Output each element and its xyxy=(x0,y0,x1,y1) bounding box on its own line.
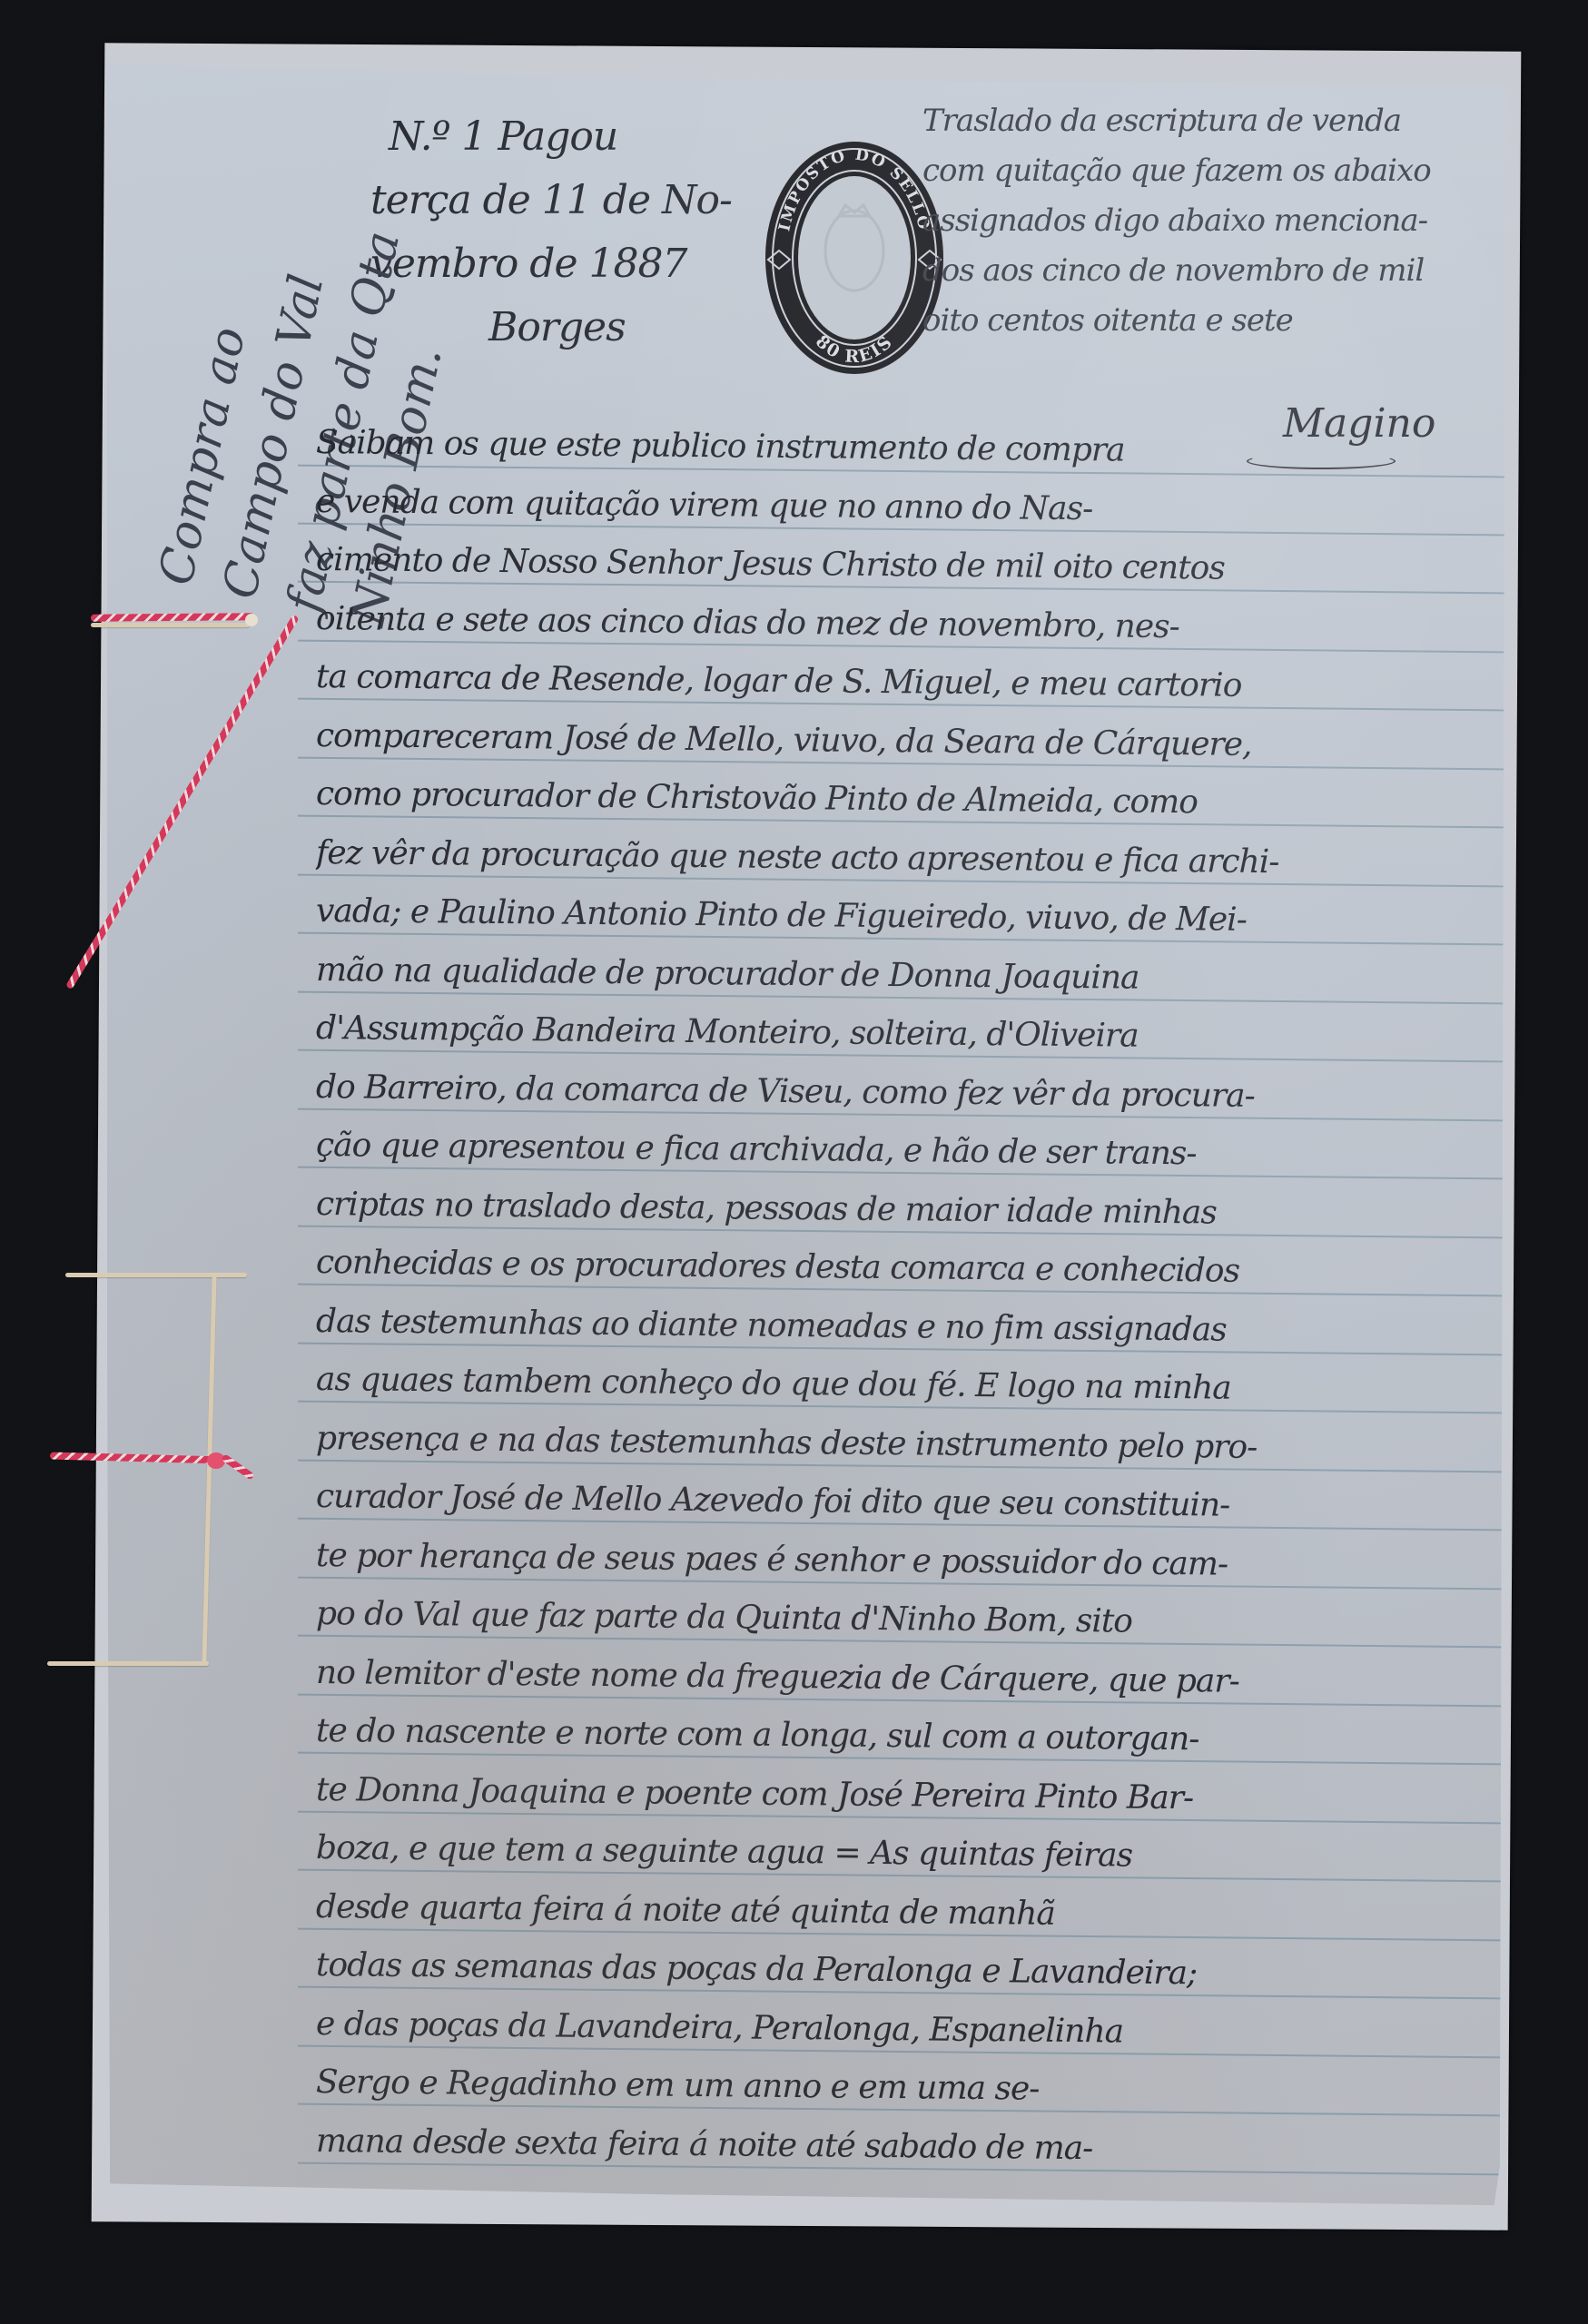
deed-heading-line: Traslado da escriptura de venda xyxy=(922,96,1504,146)
tax-stamp: IMPOSTO DO SELLO 80 REIS xyxy=(759,133,950,378)
body-line: po do Val que faz parte da Quinta d'Ninh… xyxy=(316,1585,1505,1655)
deed-heading-line: com quitação que fazem os abaixo xyxy=(922,146,1504,196)
beige-binding-cord-upper xyxy=(65,1273,247,1277)
body-line: vada; e Paulino Antonio Pinto de Figueir… xyxy=(316,882,1505,952)
body-line: como procurador de Christovão Pinto de A… xyxy=(316,765,1505,835)
deed-heading-line: assignados digo abaixo menciona- xyxy=(922,196,1504,246)
deed-body: Saibam os que este publico instrumento d… xyxy=(316,414,1505,2171)
beige-binding-cord-lower xyxy=(47,1661,209,1666)
beige-binding-cord-top xyxy=(91,623,250,627)
body-line: te do nascente e norte com a longa, sul … xyxy=(316,1702,1505,1772)
body-line: ta comarca de Resende, logar de S. Migue… xyxy=(316,648,1505,718)
body-line: boza, e que tem a seguinte agua = As qui… xyxy=(316,1819,1505,1889)
body-line: curador José de Mello Azevedo foi dito q… xyxy=(316,1468,1505,1538)
deed-heading: Traslado da escriptura de venda com quit… xyxy=(922,96,1504,346)
document-page: N.º 1 Pagou terça de 11 de No- vembro de… xyxy=(107,51,1505,2221)
body-line: cimento de Nosso Senhor Jesus Christo de… xyxy=(316,531,1505,601)
body-line: as quaes tambem conheço do que dou fé. E… xyxy=(316,1351,1505,1421)
body-line: Sergo e Regadinho em um anno e em uma se… xyxy=(316,2053,1505,2123)
body-line: d'Assumpção Bandeira Monteiro, solteira,… xyxy=(316,1000,1505,1069)
body-line: conhecidas e os procuradores desta comar… xyxy=(316,1234,1505,1304)
deed-heading-line: dos aos cinco de novembro de mil xyxy=(922,246,1504,296)
body-line: mana desde sexta feira á noite até sabad… xyxy=(316,2112,1505,2182)
binding-hole xyxy=(245,614,258,626)
body-line: Saibam os que este publico instrumento d… xyxy=(316,414,1505,484)
red-binding-cord-top xyxy=(91,613,254,622)
body-line: todas as semanas das poças da Peralonga … xyxy=(316,1936,1505,2006)
stamp-seal-icon: IMPOSTO DO SELLO 80 REIS xyxy=(759,133,950,378)
body-line: ção que apresentou e fica archivada, e h… xyxy=(316,1117,1505,1187)
deed-heading-line: oito centos oitenta e sete xyxy=(922,296,1504,346)
